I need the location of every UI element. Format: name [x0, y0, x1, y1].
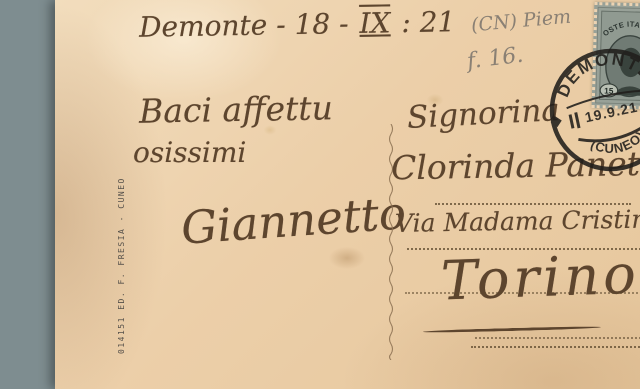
address-ruled-line-1 [435, 203, 631, 205]
address-ruled-line-3 [405, 292, 640, 294]
address-salutation: Signorina [406, 92, 560, 136]
address-ruled-line-5 [471, 346, 640, 348]
message-line-2: osissimi [133, 136, 246, 169]
address-street: Via Madama Cristina - 63 - [395, 203, 640, 238]
postmark-town: DEMONTE [547, 40, 640, 103]
message-line-1: Baci affettu [139, 88, 333, 130]
address-city: Torino [440, 243, 640, 313]
address-ruled-line-2 [407, 248, 640, 250]
postmark-province: (CUNEO) [586, 126, 640, 162]
dateline-month-roman: IX [357, 6, 393, 40]
postmark-date: 19.9.21 [583, 99, 639, 126]
svg-text:DEMONTE: DEMONTE [547, 40, 640, 103]
signature: Giannetto [179, 186, 407, 255]
address-ruled-line-4 [475, 337, 640, 339]
postcard-back: Demonte - 18 - IX : 21 (CN) Piem f. 16. … [55, 0, 640, 389]
handwritten-dateline: Demonte - 18 - IX : 21 [139, 5, 456, 44]
pencil-note-price: f. 16. [466, 43, 525, 75]
pencil-note-province: (CN) Piem [470, 6, 572, 37]
svg-text:(CUNEO): (CUNEO) [586, 126, 640, 162]
handwritten-underline [423, 326, 601, 334]
publisher-imprint: 014151 ED. F. FRESIA - CUNEO [117, 177, 126, 354]
dateline-prefix: Demonte - 18 - [139, 7, 358, 44]
dateline-suffix: : 21 [392, 5, 455, 39]
